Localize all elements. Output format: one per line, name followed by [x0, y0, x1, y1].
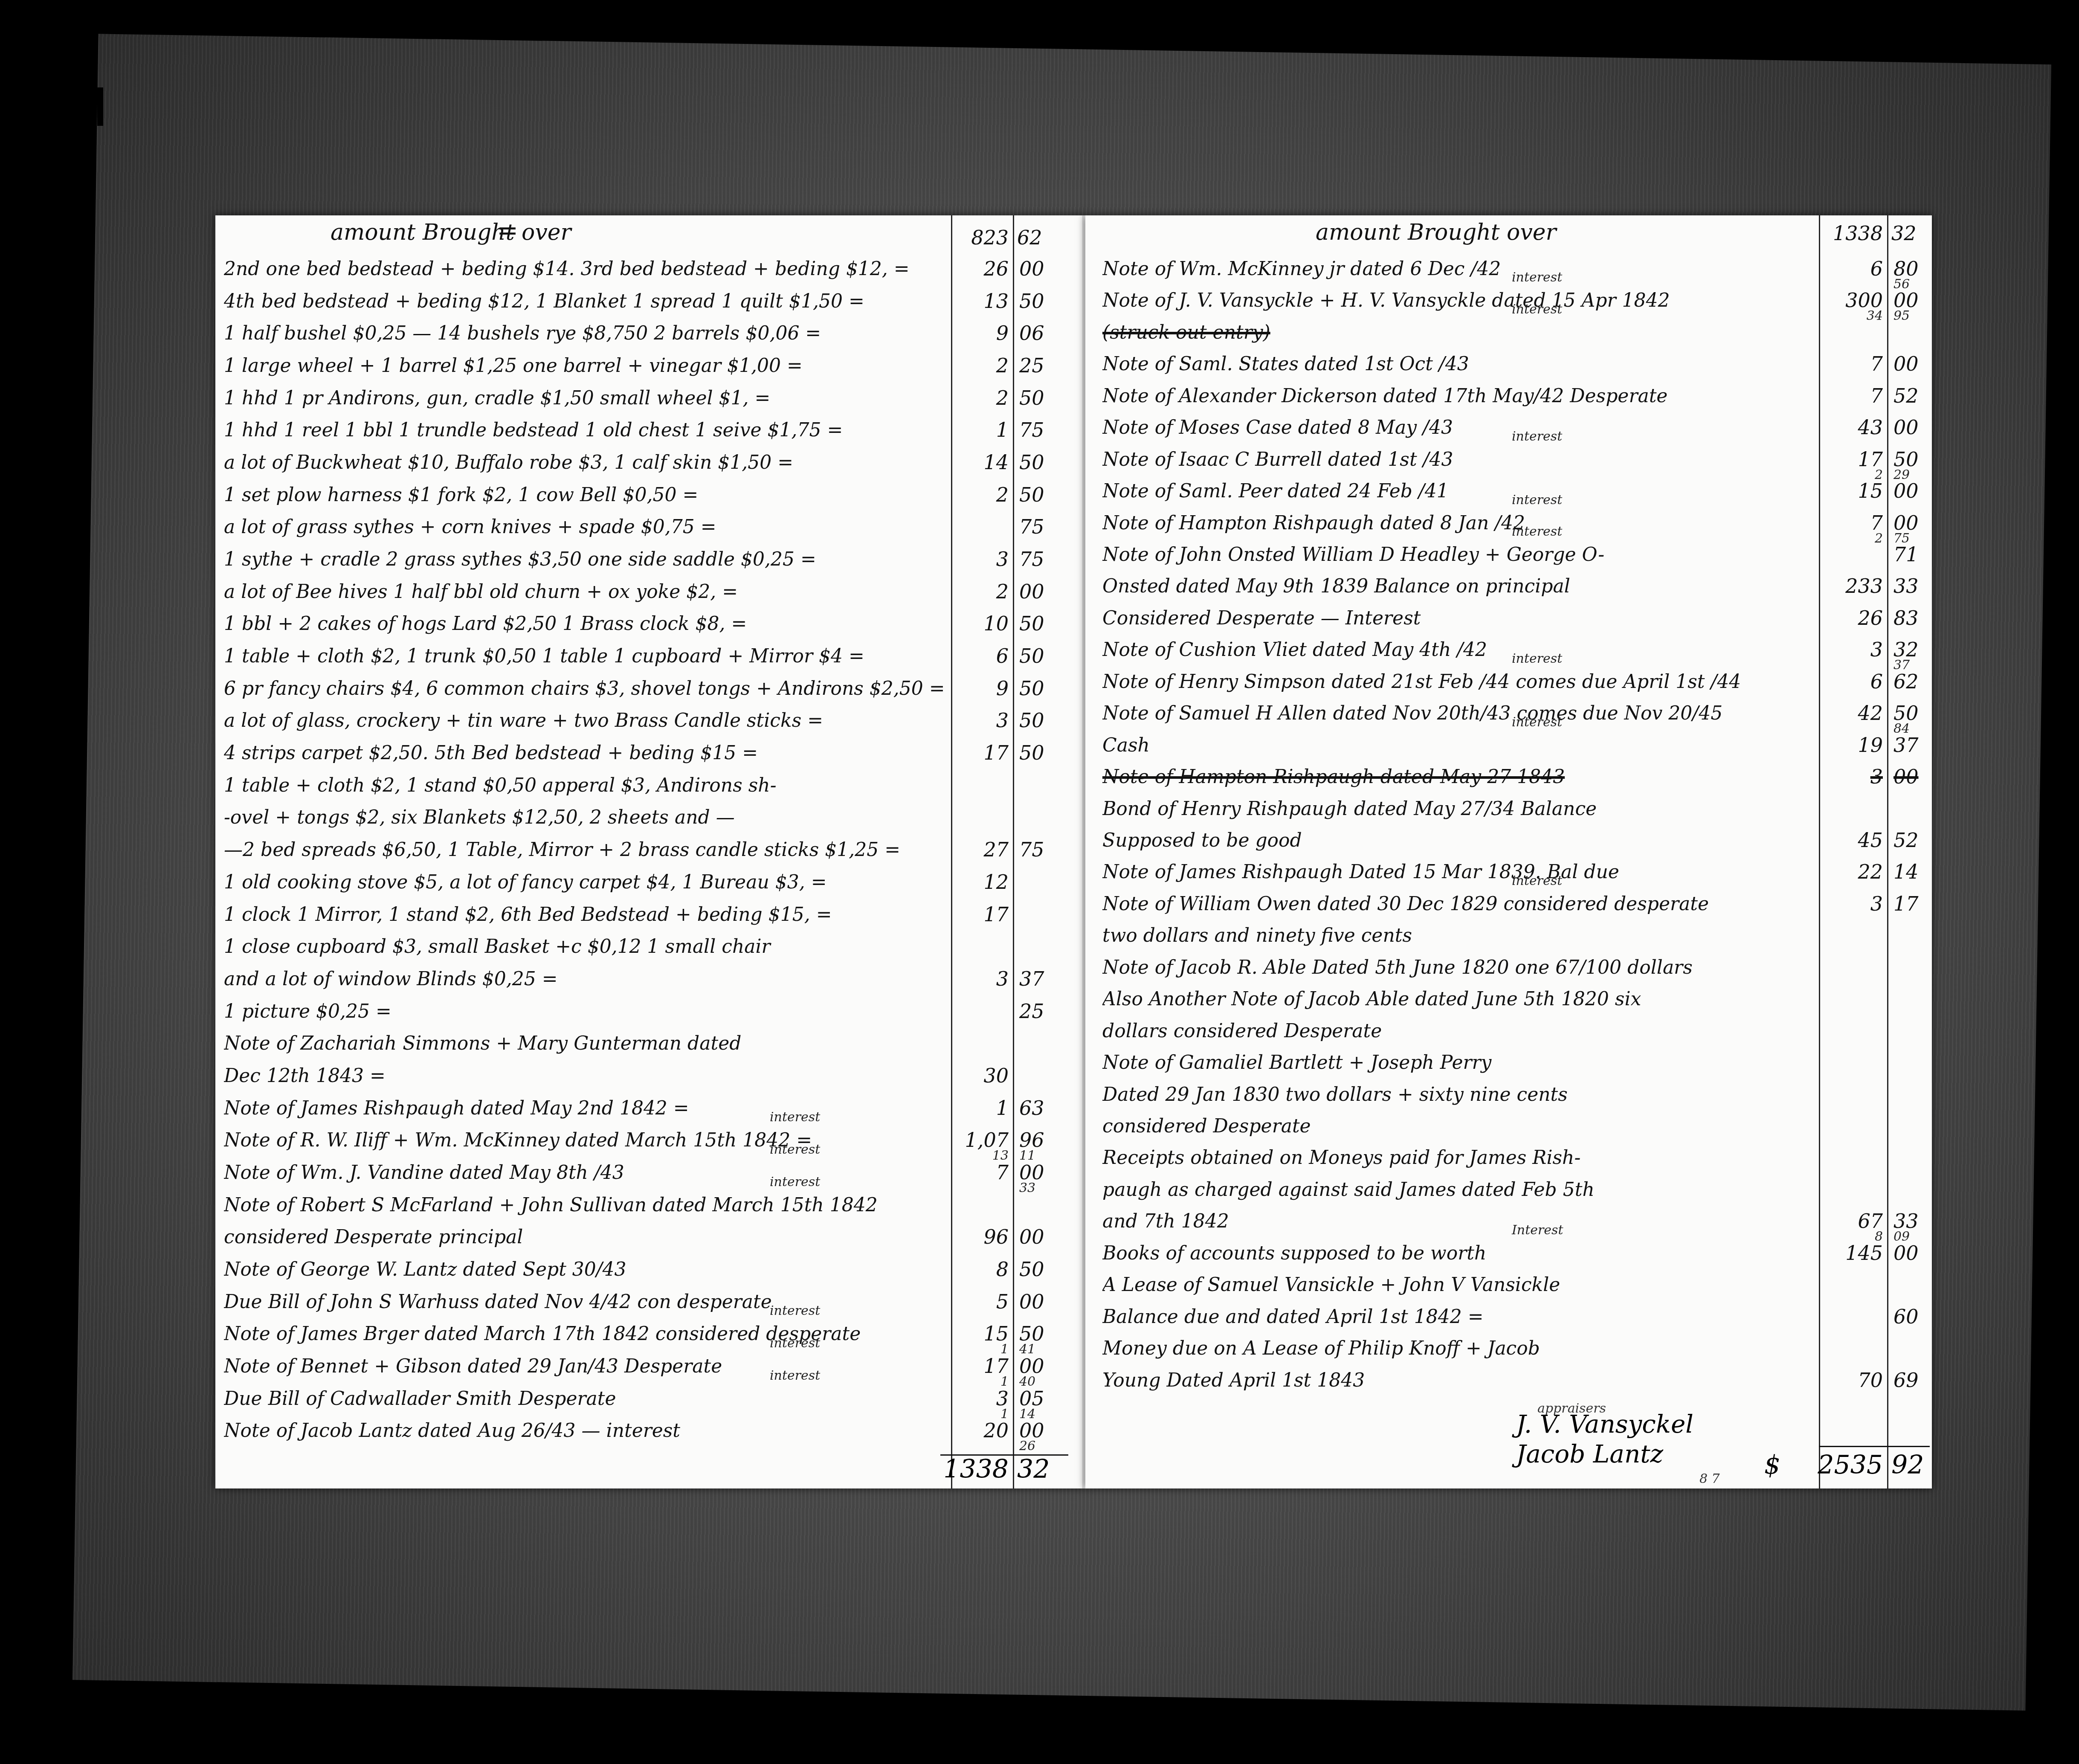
entry-cents: 00 [1019, 1290, 1062, 1313]
entry-description: Note of John Onsted William D Headley + … [1102, 544, 1810, 566]
entry-dollars: 1 [955, 1097, 1009, 1120]
carried-forward-cents: 62 [1017, 226, 1060, 249]
entry-dollars: 2 [955, 483, 1009, 506]
entry-cents: 25 [1019, 1000, 1062, 1023]
interest-annotation: interest [770, 1336, 820, 1351]
entry-dollars: 2 [955, 386, 1009, 409]
entry-description: and 7th 1842 [1102, 1210, 1810, 1232]
entry-description: Bond of Henry Rishpaugh dated May 27/34 … [1102, 798, 1810, 820]
entry-description: a lot of glass, crockery + tin ware + tw… [224, 710, 945, 731]
entry-cents: 37 [1019, 967, 1062, 990]
entry-description: Note of William Owen dated 30 Dec 1829 c… [1102, 893, 1810, 915]
entry-description: Note of James Rishpaugh Dated 15 Mar 183… [1102, 861, 1810, 883]
entry-description: 1 half bushel $0,25 — 14 bushels rye $8,… [224, 322, 945, 344]
entry-cents: 37 [1893, 734, 1936, 757]
entry-cents: 75 [1019, 515, 1062, 538]
entry-description: Due Bill of Cadwallader Smith Desperate [224, 1388, 945, 1410]
entry-description: —2 bed spreads $6,50, 1 Table, Mirror + … [224, 839, 945, 861]
entry-dollars: 26 [955, 257, 1009, 280]
entry-description: a lot of Bee hives 1 half bbl old churn … [224, 581, 945, 603]
entry-cents: 00 [1893, 1242, 1936, 1265]
entry-description: Also Another Note of Jacob Able dated Ju… [1102, 988, 1810, 1010]
interest-annotation: interest [1512, 873, 1562, 888]
entry-cents: 62 [1893, 670, 1936, 693]
entry-description: 1 clock 1 Mirror, 1 stand $2, 6th Bed Be… [224, 904, 945, 926]
entry-dollars: 5 [955, 1290, 1009, 1313]
interest-annotation: interest [1512, 302, 1562, 317]
entry-description: Note of Gamaliel Bartlett + Joseph Perry [1102, 1052, 1810, 1073]
page-total-cents: 32 [1017, 1454, 1060, 1484]
entry-description: Note of Hampton Rishpaugh dated May 27 1… [1102, 766, 1810, 788]
entry-dollars: 7 [1821, 352, 1883, 375]
interest-cents: 26 [1019, 1439, 1035, 1454]
entry-cents: 00 [1019, 257, 1062, 280]
entry-description: Note of James Rishpaugh dated May 2nd 18… [224, 1097, 945, 1119]
interest-annotation: interest [1512, 715, 1562, 730]
entry-description: Note of R. W. Iliff + Wm. McKinney dated… [224, 1129, 945, 1151]
ledger-row: Note of Jacob Lantz dated Aug 26/43 — in… [215, 1411, 1085, 1452]
entry-dollars: 22 [1821, 860, 1883, 883]
entry-cents: 75 [1019, 548, 1062, 571]
page-heading: amount Brought over [1316, 220, 1556, 245]
entry-description: 1 sythe + cradle 2 grass sythes $3,50 on… [224, 548, 945, 570]
entry-dollars: 2 [955, 580, 1009, 603]
entry-dollars: 145 [1821, 1242, 1883, 1265]
edge-mark [46, 1557, 53, 1616]
entry-description: Note of Cushion Vliet dated May 4th /42 [1102, 639, 1810, 661]
entry-cents: 33 [1893, 574, 1936, 598]
entry-cents: 50 [1019, 644, 1062, 667]
entry-description: Young Dated April 1st 1843 [1102, 1369, 1810, 1391]
entry-dollars: 3 [1821, 638, 1883, 661]
entry-description: 6 pr fancy chairs $4, 6 common chairs $3… [224, 678, 945, 699]
entry-description: Dated 29 Jan 1830 two dollars + sixty ni… [1102, 1084, 1810, 1105]
entry-dollars: 42 [1821, 702, 1883, 725]
entry-dollars: 10 [955, 612, 1009, 635]
entry-description: 1 hhd 1 pr Andirons, gun, cradle $1,50 s… [224, 387, 945, 409]
entry-description: Note of Jacob R. Able Dated 5th June 182… [1102, 957, 1810, 978]
interest-annotation: interest [1512, 270, 1562, 285]
entry-description: 4th bed bedstead + beding $12, 1 Blanket… [224, 290, 945, 312]
entry-dollars: 7 [1821, 384, 1883, 407]
entry-cents: 00 [1893, 479, 1936, 502]
entry-cents: 63 [1019, 1097, 1062, 1120]
entry-cents: 50 [1019, 386, 1062, 409]
entry-description: Note of Samuel H Allen dated Nov 20th/43… [1102, 702, 1810, 724]
entry-description: Note of Henry Simpson dated 21st Feb /44… [1102, 671, 1810, 693]
entry-dollars: 96 [955, 1225, 1009, 1248]
entry-description: 1 picture $0,25 = [224, 1001, 945, 1022]
entry-dollars: 3 [1821, 892, 1883, 915]
entry-description: 1 table + cloth $2, 1 trunk $0,50 1 tabl… [224, 645, 945, 667]
entry-dollars: 26 [1821, 606, 1883, 630]
page-total-dollars: 1338 [940, 1454, 1009, 1484]
entry-dollars: 9 [955, 322, 1009, 345]
entry-description: A Lease of Samuel Vansickle + John V Van… [1102, 1274, 1810, 1296]
entry-cents: 50 [1019, 741, 1062, 764]
entry-dollars: 20 [955, 1419, 1009, 1442]
interest-annotation: Interest [1512, 1223, 1563, 1238]
entry-description: (struck out entry) [1102, 322, 1810, 343]
total-rule [1819, 1446, 1930, 1447]
entry-dollars: 6 [955, 644, 1009, 667]
entry-cents: 50 [1019, 1258, 1062, 1281]
entry-cents: 71 [1893, 543, 1936, 566]
entry-description: Onsted dated May 9th 1839 Balance on pri… [1102, 575, 1810, 597]
entry-description: Note of Jacob Lantz dated Aug 26/43 — in… [224, 1420, 945, 1442]
entry-description: 4 strips carpet $2,50. 5th Bed bedstead … [224, 742, 945, 764]
entry-dollars: 14 [955, 451, 1009, 474]
entry-description: considered Desperate principal [224, 1226, 945, 1248]
entry-description: a lot of Buckwheat $10, Buffalo robe $3,… [224, 452, 945, 473]
entry-dollars: 3 [955, 967, 1009, 990]
entry-description: Receipts obtained on Moneys paid for Jam… [1102, 1147, 1810, 1169]
entry-cents: 00 [1019, 580, 1062, 603]
interest-annotation: interest [770, 1175, 820, 1190]
entry-dollars: 19 [1821, 734, 1883, 757]
entry-description: considered Desperate [1102, 1115, 1810, 1137]
entry-dollars: 233 [1821, 574, 1883, 598]
entry-description: Note of Moses Case dated 8 May /43 [1102, 417, 1810, 438]
entry-dollars: 2 [955, 354, 1009, 377]
entry-dollars: 30 [955, 1064, 1009, 1087]
signature-1: J. V. Vansyckel [1516, 1410, 1693, 1439]
carried-forward-dollars: 1338 [1823, 222, 1883, 245]
carried-forward-dollars: 823 [957, 226, 1009, 249]
entry-dollars: 6 [1821, 670, 1883, 693]
entry-description: dollars considered Desperate [1102, 1020, 1810, 1042]
entry-description: Books of accounts supposed to be worth [1102, 1242, 1810, 1264]
entry-description: Note of Wm. J. Vandine dated May 8th /43 [224, 1162, 945, 1184]
entry-cents: 00 [1893, 765, 1936, 788]
entry-dollars: 8 [955, 1258, 1009, 1281]
entry-cents: 50 [1019, 290, 1062, 313]
left-ledger-page: amount Brought over = 823 62 2nd one bed… [215, 215, 1085, 1488]
entry-description: 1 old cooking stove $5, a lot of fancy c… [224, 871, 945, 893]
entry-dollars: 45 [1821, 829, 1883, 852]
entry-description: Note of George W. Lantz dated Sept 30/43 [224, 1259, 945, 1280]
entry-description: Note of Saml. Peer dated 24 Feb /41 [1102, 480, 1810, 502]
entry-dollars: 9 [955, 677, 1009, 700]
entry-dollars: 17 [955, 903, 1009, 926]
entry-description: Money due on A Lease of Philip Knoff + J… [1102, 1338, 1810, 1359]
entry-description: Due Bill of John S Warhuss dated Nov 4/4… [224, 1291, 945, 1313]
entry-cents: 00 [1893, 416, 1936, 439]
entry-cents: 75 [1019, 838, 1062, 861]
entry-cents: 14 [1893, 860, 1936, 883]
edge-mark [97, 87, 103, 126]
interest-annotation: interest [1512, 493, 1562, 508]
entry-description: 1 close cupboard $3, small Basket +c $0,… [224, 936, 945, 957]
entry-description: 1 large wheel + 1 barrel $1,25 one barre… [224, 355, 945, 377]
entry-description: Note of J. V. Vansyckle + H. V. Vansyckl… [1102, 290, 1810, 311]
grand-total-prefix: $ [1755, 1450, 1780, 1480]
entry-description: 1 bbl + 2 cakes of hogs Lard $2,50 1 Bra… [224, 613, 945, 635]
entry-dollars: 7 [955, 1161, 1009, 1184]
entry-cents: 25 [1019, 354, 1062, 377]
interest-annotation: interest [770, 1303, 820, 1318]
entry-cents: 83 [1893, 606, 1936, 630]
interest-annotation: interest [1512, 651, 1562, 666]
entry-cents: 50 [1019, 483, 1062, 506]
entry-description: Note of Robert S McFarland + John Sulliv… [224, 1194, 945, 1216]
page-heading: amount Brought over [331, 220, 571, 245]
entry-dollars: 27 [955, 838, 1009, 861]
entry-description: Note of Isaac C Burrell dated 1st /43 [1102, 449, 1810, 470]
ledger-row: Young Dated April 1st 18437069 [1085, 1361, 1932, 1402]
page-mark: 8 7 [1699, 1471, 1720, 1486]
carried-forward-cents: 32 [1891, 222, 1930, 245]
entry-cents: 06 [1019, 322, 1062, 345]
entry-description: Note of Alexander Dickerson dated 17th M… [1102, 385, 1810, 407]
entry-cents: 00 [1893, 352, 1936, 375]
signature-2: Jacob Lantz [1516, 1439, 1663, 1468]
entry-dollars: 1 [955, 418, 1009, 441]
entry-description: Supposed to be good [1102, 830, 1810, 851]
entry-description: Note of Zachariah Simmons + Mary Gunterm… [224, 1033, 945, 1054]
equals-mark: = [497, 215, 518, 245]
entry-dollars: 3 [1821, 765, 1883, 788]
entry-description: Note of Saml. States dated 1st Oct /43 [1102, 353, 1810, 375]
entry-dollars: 6 [1821, 257, 1883, 280]
entry-description: Note of Hampton Rishpaugh dated 8 Jan /4… [1102, 512, 1810, 534]
entry-dollars: 17 [955, 741, 1009, 764]
entry-dollars: 43 [1821, 416, 1883, 439]
grand-total-cents: 92 [1891, 1450, 1930, 1480]
entry-dollars: 15 [1821, 479, 1883, 502]
entry-description: 1 table + cloth $2, 1 stand $0,50 appera… [224, 775, 945, 796]
entry-description: 1 set plow harness $1 fork $2, 1 cow Bel… [224, 484, 945, 506]
entry-description: Note of Bennet + Gibson dated 29 Jan/43 … [224, 1355, 945, 1377]
interest-annotation: interest [1512, 429, 1562, 444]
grand-total-dollars: 2535 [1780, 1450, 1883, 1480]
entry-cents: 50 [1019, 677, 1062, 700]
entry-cents: 69 [1893, 1369, 1936, 1392]
entry-dollars: 70 [1821, 1369, 1883, 1392]
entry-description: -ovel + tongs $2, six Blankets $12,50, 2… [224, 807, 945, 828]
entry-description: 2nd one bed bedstead + beding $14. 3rd b… [224, 258, 945, 280]
right-ledger-page: amount Brought over 1338 32 Note of Wm. … [1085, 215, 1932, 1488]
interest-annotation: interest [770, 1142, 820, 1157]
entry-cents: 52 [1893, 829, 1936, 852]
entry-cents: 50 [1019, 612, 1062, 635]
entry-description: Note of Wm. McKinney jr dated 6 Dec /42 [1102, 258, 1810, 280]
entry-description: Considered Desperate — Interest [1102, 607, 1810, 629]
entry-cents: 00 [1019, 1225, 1062, 1248]
entry-dollars: 12 [955, 870, 1009, 894]
entry-cents: 75 [1019, 418, 1062, 441]
entry-description: a lot of grass sythes + corn knives + sp… [224, 516, 945, 538]
entry-description: Balance due and dated April 1st 1842 = [1102, 1306, 1810, 1328]
entry-cents: 50 [1019, 451, 1062, 474]
entry-description: Cash [1102, 734, 1810, 756]
entry-description: two dollars and ninety five cents [1102, 925, 1810, 946]
entry-dollars: 13 [955, 290, 1009, 313]
entry-cents: 17 [1893, 892, 1936, 915]
interest-annotation: interest [770, 1368, 820, 1383]
entry-description: Dec 12th 1843 = [224, 1065, 945, 1087]
interest-annotation: interest [1512, 524, 1562, 539]
entry-description: and a lot of window Blinds $0,25 = [224, 968, 945, 990]
entry-dollars: 3 [955, 548, 1009, 571]
entry-description: paugh as charged against said James date… [1102, 1179, 1810, 1201]
entry-description: 1 hhd 1 reel 1 bbl 1 trundle bedstead 1 … [224, 419, 945, 441]
entry-cents: 60 [1893, 1305, 1936, 1328]
interest-annotation: interest [770, 1110, 820, 1125]
entry-description: Note of James Brger dated March 17th 184… [224, 1323, 945, 1345]
entry-cents: 52 [1893, 384, 1936, 407]
entry-cents: 50 [1019, 709, 1062, 732]
entry-dollars: 3 [955, 709, 1009, 732]
